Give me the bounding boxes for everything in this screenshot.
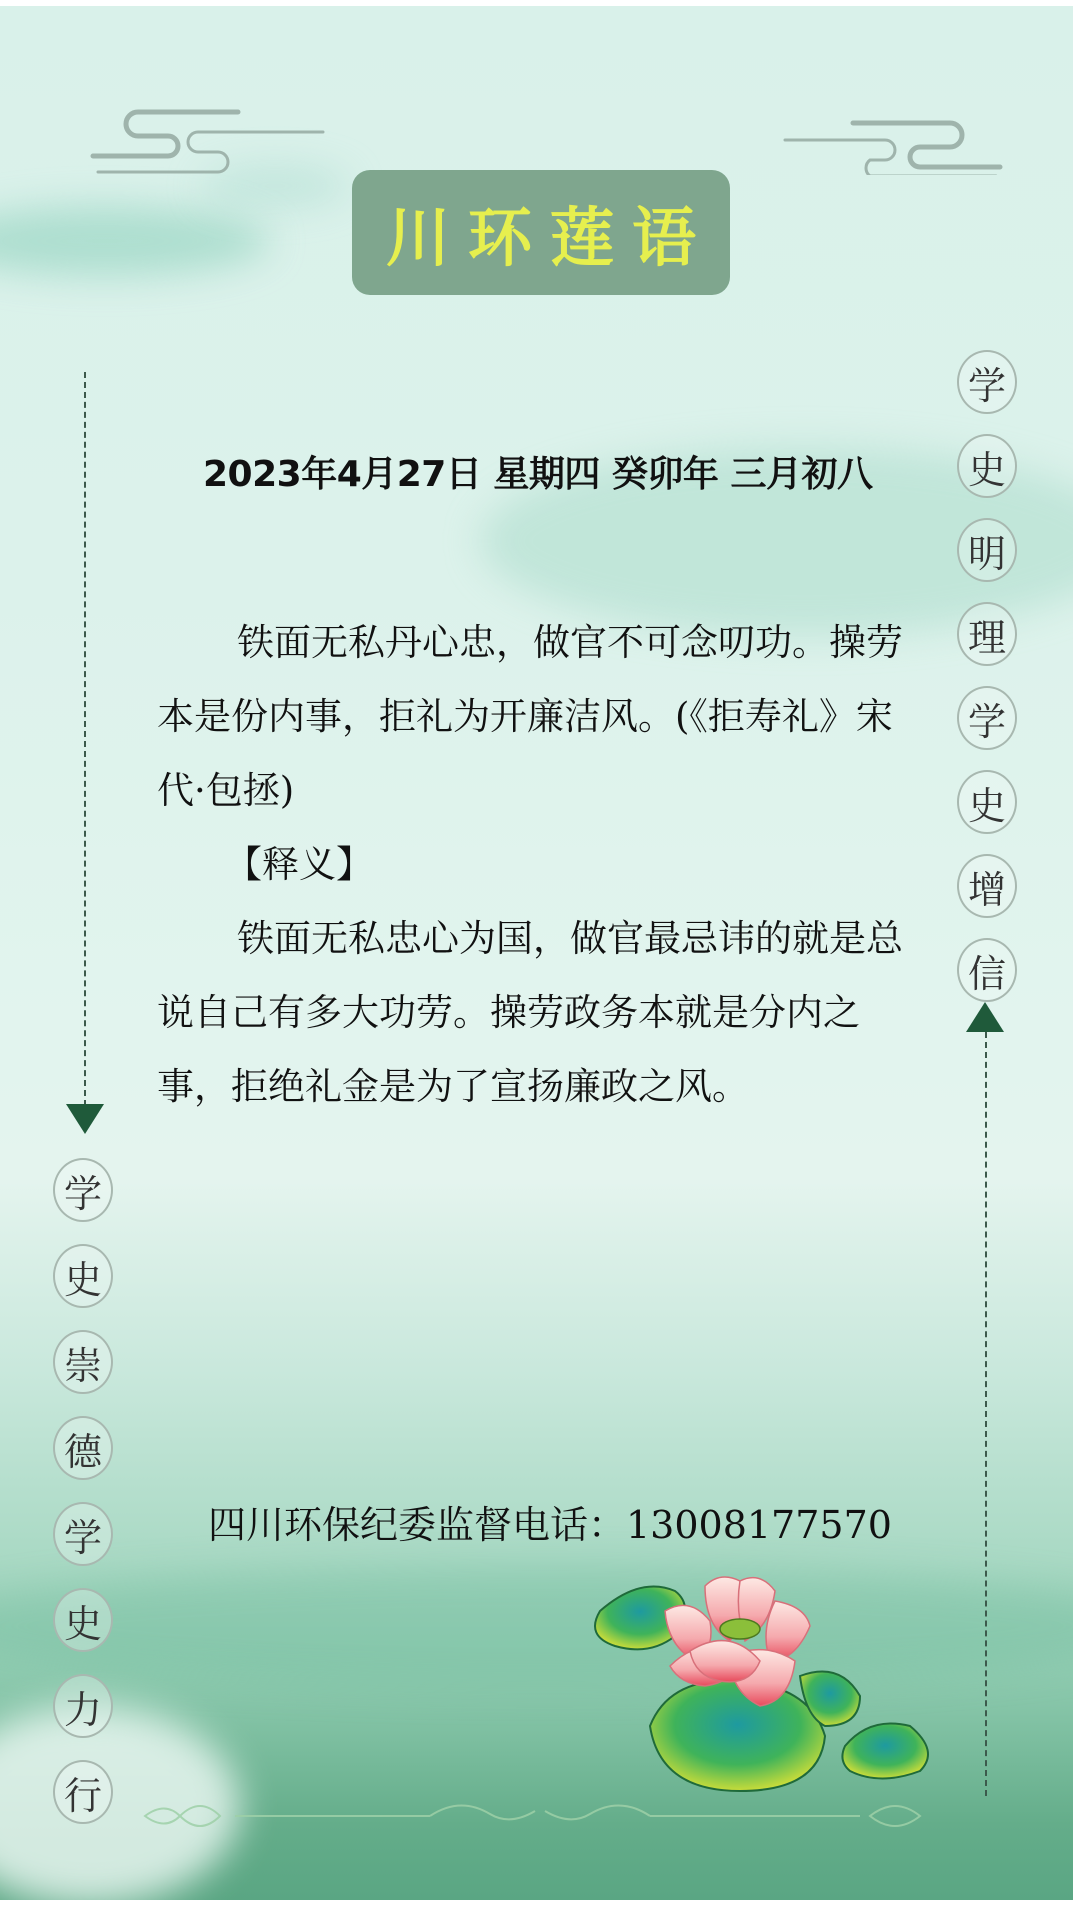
poster: 川环莲语 学 史 明 理 学 史 增 信 学 史 崇 德 学 史 力 行 202… [0,6,1073,1900]
bottom-ornament-icon [140,1796,940,1836]
slogan-char: 史 [957,434,1017,498]
date-line: 2023年4月27日 星期四 癸卯年 三月初八 [203,446,883,497]
poem-text: 铁面无私丹心忠，做官不可念叨功。操劳本是份内事，拒礼为开廉洁风。(《拒寿礼》宋代… [157,606,917,828]
cloud-ornament-icon [780,110,1020,175]
slogan-char: 史 [53,1244,113,1308]
slogan-char: 学 [53,1502,113,1566]
title-banner: 川环莲语 [352,170,730,295]
slogan-char: 学 [53,1158,113,1222]
slogan-char: 行 [53,1760,113,1824]
slogan-char: 信 [957,938,1017,1002]
poem-body: 铁面无私丹心忠，做官不可念叨功。操劳本是份内事，拒礼为开廉洁风。(《拒寿礼》宋代… [157,606,917,1124]
interpretation-label: 【释义】 [157,828,917,902]
mountain-wash [0,206,270,276]
page-title: 川环莲语 [368,187,714,279]
right-dashed-line [985,1032,987,1796]
interpretation-text: 铁面无私忠心为国，做官最忌讳的就是总说自己有多大功劳。操劳政务本就是分内之事，拒… [157,902,917,1124]
slogan-char: 理 [957,602,1017,666]
hotline-text: 四川环保纪委监督电话：13008177570 [208,1494,892,1549]
lotus-icon [580,1566,950,1806]
right-slogan-column: 学 史 明 理 学 史 增 信 [957,350,1017,1002]
left-slogan-column: 学 史 崇 德 学 史 力 行 [53,1158,113,1824]
slogan-char: 史 [957,770,1017,834]
slogan-char: 崇 [53,1330,113,1394]
arrow-down-icon [66,1104,104,1134]
slogan-char: 明 [957,518,1017,582]
left-dashed-line [84,372,86,1106]
slogan-char: 德 [53,1416,113,1480]
slogan-char: 力 [53,1674,113,1738]
slogan-char: 史 [53,1588,113,1652]
cloud-ornament-icon [88,104,328,174]
arrow-up-icon [966,1002,1004,1032]
slogan-char: 学 [957,686,1017,750]
slogan-char: 学 [957,350,1017,414]
slogan-char: 增 [957,854,1017,918]
